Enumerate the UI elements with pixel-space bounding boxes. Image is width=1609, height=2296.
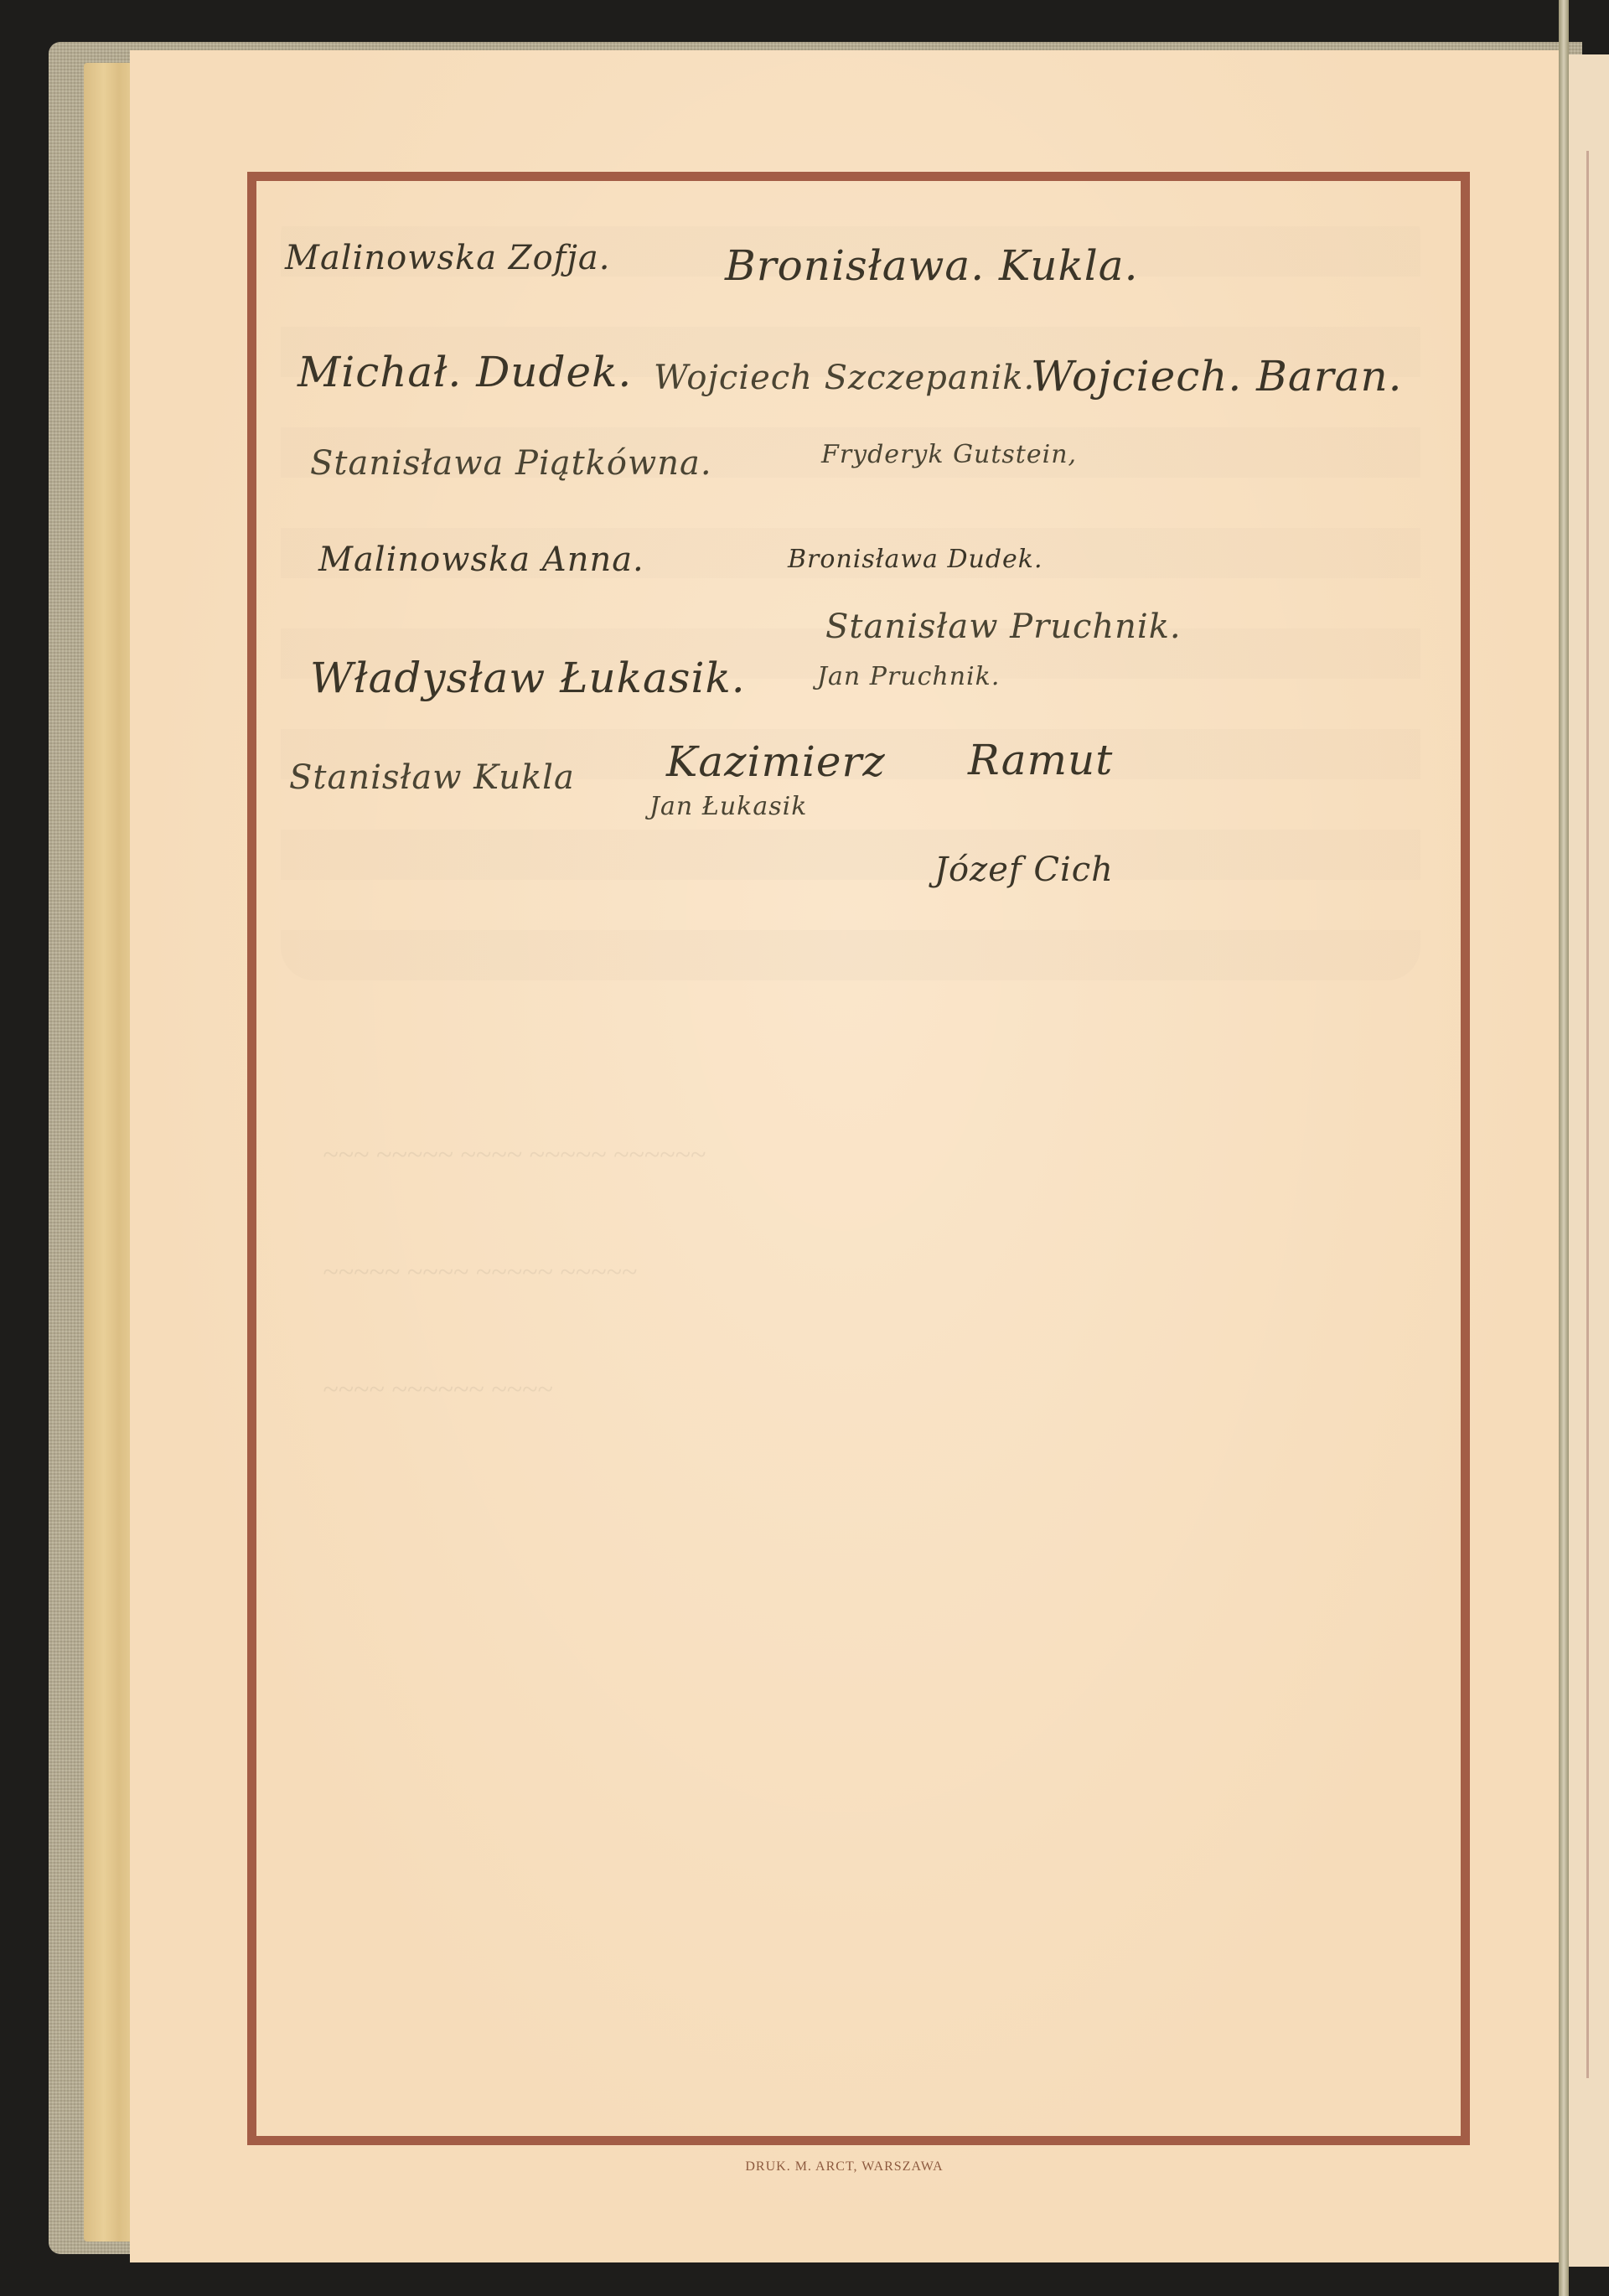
signature: Bronisława. Kukla. (725, 241, 1138, 290)
signature: Fryderyk Gutstein, (821, 440, 1077, 469)
bleed-through-text: ~~~~ ~~~~~~ ~~~~ (323, 1374, 553, 1406)
book-page: ~~~ ~~~~~ ~~~~ ~~~~~ ~~~~~~ ~~~~~ ~~~~ ~… (130, 50, 1559, 2262)
bleed-through-text: ~~~~~ ~~~~ ~~~~~ ~~~~~ (323, 1257, 637, 1289)
printer-imprint: DRUK. M. ARCT, WARSZAWA (130, 2159, 1559, 2174)
facing-page-frame (1586, 151, 1609, 2078)
signature: Stanisław Kukla (289, 758, 575, 797)
signature: Michał. Dudek. (297, 348, 632, 396)
book-gutter (1559, 0, 1569, 2296)
signature: Jan Łukasik (649, 792, 807, 821)
bleed-through-text: ~~~ ~~~~~ ~~~~ ~~~~~ ~~~~~~ (323, 1140, 706, 1171)
signature: Ramut (968, 736, 1113, 784)
signature: Stanisława Piątkówna. (310, 444, 712, 483)
signature: Bronisława Dudek. (788, 545, 1043, 574)
signature: Wojciech. Baran. (1031, 352, 1403, 401)
signature: Józef Cich (934, 851, 1114, 889)
signature: Kazimierz (666, 737, 886, 786)
signature: Jan Pruchnik. (817, 662, 1000, 691)
signature: Wojciech Szczepanik. (654, 359, 1035, 397)
signature: Malinowska Anna. (318, 540, 644, 579)
page-edges (84, 63, 134, 2242)
signature: Władysław Łukasik. (310, 654, 746, 702)
signature: Stanisław Pruchnik. (825, 608, 1182, 646)
signature: Malinowska Zofja. (285, 239, 610, 277)
